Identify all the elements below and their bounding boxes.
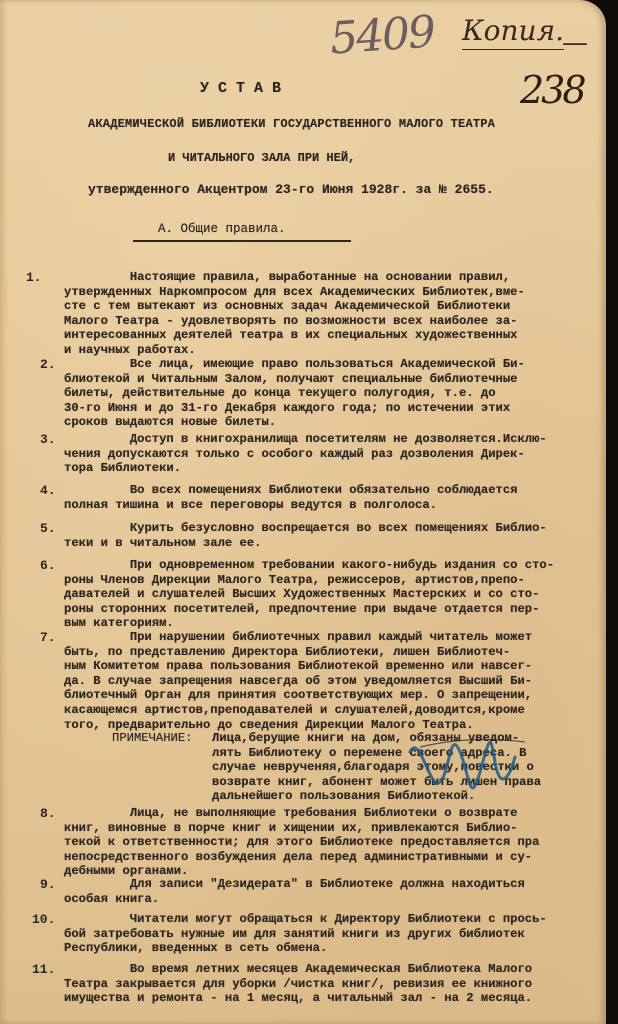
text-line: давателей и слушателей Высших Художестве… — [64, 587, 594, 602]
item-number: 4. — [40, 483, 56, 498]
text-line: бой затребовать нужные им для занятий кн… — [64, 927, 594, 942]
text-line: теки и в читальном зале ее. — [64, 536, 594, 551]
item-number: 1. — [26, 270, 42, 285]
approval-line: утвержденного Акцентром 23-го Июня 1928г… — [88, 183, 494, 198]
text-line: Во время летних месяцев Академическая Би… — [64, 962, 594, 977]
document-page: 5409 Копия. — 238 УСТАВ АКАДЕМИЧЕСКОЙ БИ… — [0, 0, 606, 1024]
text-line: и научных работах. — [64, 343, 594, 358]
text-line: 30-го Июня и до 31-го Декабря каждого го… — [64, 401, 594, 416]
item-4-paragraph: Во всех помещениях Библиотеки обязательн… — [64, 483, 594, 512]
text-line: Все лица, имеющие право пользоваться Ака… — [64, 357, 594, 372]
copy-mark-handwritten: Копия. — [462, 14, 564, 50]
text-line: тора Библиотеки. — [64, 461, 594, 476]
text-line: Настоящие правила, выработанные на основ… — [64, 270, 594, 285]
item-9-paragraph: Для записи "Дезидерата" в Библиотеке дол… — [64, 877, 594, 906]
text-line: роны Членов Дирекции Малого Театра, режи… — [64, 573, 594, 588]
item-8-paragraph: Лица, не выполняющие требования Библиоте… — [64, 806, 594, 879]
text-line: текой к ответственности; для этого Библи… — [64, 835, 594, 850]
text-line: ным Комитетом права пользования Библиоте… — [64, 659, 594, 674]
text-line: вым категориям. — [64, 616, 594, 631]
note-label: ПРИМЕЧАНИЕ: — [112, 731, 192, 746]
item-5-paragraph: Курить безусловно воспрещается во всех п… — [64, 521, 594, 550]
item-2-paragraph: Все лица, имеющие право пользоваться Ака… — [64, 357, 594, 430]
item-number: 6. — [40, 558, 56, 573]
text-line: сроков выдаются новые билеты. — [64, 415, 594, 430]
item-number: 2. — [40, 357, 56, 372]
document-subtitle-line2: И ЧИТАЛЬНОГО ЗАЛА ПРИ НЕЙ, — [168, 151, 355, 166]
item-number: 5. — [40, 521, 56, 536]
item-7-paragraph: При нарушении библиотечных правил каждый… — [64, 630, 594, 732]
text-line: непосредственного возбуждения дела перед… — [64, 850, 594, 865]
text-line: При нарушении библиотечных правил каждый… — [64, 630, 594, 645]
item-6-paragraph: При одновременном требовании какого-нибу… — [64, 558, 594, 631]
text-line: При одновременном требовании какого-нибу… — [64, 558, 594, 573]
text-line: Театра закрывается для уборки /чистка кн… — [64, 977, 594, 992]
item-10-paragraph: Читатели могут обращаться к Директору Би… — [64, 912, 594, 956]
text-line: Лица, не выполняющие требования Библиоте… — [64, 806, 594, 821]
item-3-paragraph: Доступ в книгохранилища посетителям не д… — [64, 432, 594, 476]
item-1-paragraph: Настоящие правила, выработанные на основ… — [64, 270, 594, 358]
archive-number-handwritten: 5409 — [328, 6, 435, 64]
item-number: 7. — [40, 630, 56, 645]
item-11-paragraph: Во время летних месяцев Академическая Би… — [64, 962, 594, 1006]
text-line: особая книга. — [64, 892, 594, 907]
item-number: 8. — [40, 806, 56, 821]
section-heading-underline — [133, 240, 351, 242]
text-line: Курить безусловно воспрещается во всех п… — [64, 521, 594, 536]
item-number: 3. — [40, 432, 56, 447]
text-line: Республики, введенных в сеть обмена. — [64, 941, 594, 956]
text-line: касающемся артистов,преподавателей и слу… — [64, 703, 594, 718]
text-line: утвержденных Наркомпросом для всех Акаде… — [64, 285, 594, 300]
page-number-handwritten: 238 — [520, 68, 584, 112]
item-number: 11. — [32, 962, 55, 977]
text-line: быть, по представлению Директора Библиот… — [64, 645, 594, 660]
text-line: имущества и ремонта - на 1 месяц, а чита… — [64, 991, 594, 1006]
text-line: книг, виновные в порче книг и хищении их… — [64, 821, 594, 836]
text-line: Доступ в книгохранилища посетителям не д… — [64, 432, 594, 447]
text-line: сте с тем вытекают из основных задач Ака… — [64, 299, 594, 314]
text-line: блиотекой и Читальным Залом, получают сп… — [64, 372, 594, 387]
text-line: полная тишина и все переговоры ведутся в… — [64, 498, 594, 513]
text-line: роны сторонних посетителей, предпочтение… — [64, 602, 594, 617]
text-line: блиотечный Орган для принятия соответств… — [64, 688, 594, 703]
item-number: 9. — [40, 877, 56, 892]
text-line: чения допускаются только с особого кажды… — [64, 447, 594, 462]
text-line: билеты, действительные до конца текущего… — [64, 386, 594, 401]
text-line: Читатели могут обращаться к Директору Би… — [64, 912, 594, 927]
copy-mark-dash: — — [562, 28, 588, 58]
text-line: Для записи "Дезидерата" в Библиотеке дол… — [64, 877, 594, 892]
text-line: интересованных деятелей театра в их спец… — [64, 328, 594, 343]
document-subtitle-line1: АКАДЕМИЧЕСКОЙ БИБЛИОТЕКИ ГОСУДАРСТВЕННОГ… — [88, 117, 495, 132]
text-line: Малого Театра - удовлетворять по возможн… — [64, 314, 594, 329]
item-number: 10. — [32, 912, 55, 927]
text-line: Во всех помещениях Библиотеки обязательн… — [64, 483, 594, 498]
text-line: да. В случае запрещения навсегда об этом… — [64, 674, 594, 689]
signature-ink-mark — [390, 722, 530, 812]
section-heading: А. Общие правила. — [158, 222, 286, 237]
document-title: УСТАВ — [200, 82, 290, 97]
